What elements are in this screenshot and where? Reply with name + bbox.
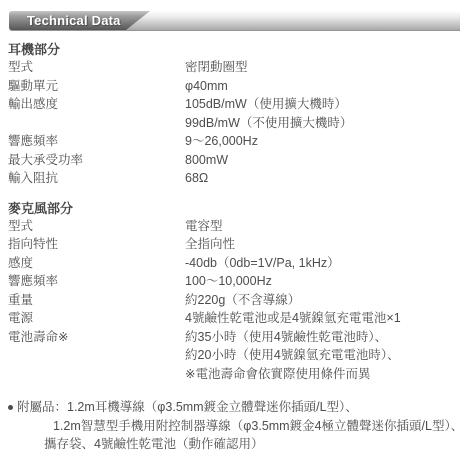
section-heading: 麥克風部分 <box>8 200 460 217</box>
spec-row: 感度 -40db（0db=1V/Pa, 1kHz） <box>8 254 460 273</box>
spec-value: 約220g（不含導線） <box>185 291 460 310</box>
spec-row: 輸入阻抗 68Ω <box>8 169 460 188</box>
spec-label: 最大承受功率 <box>8 151 185 170</box>
spec-value: 約20小時（使用4號鎳氫充電電池時）、 <box>185 346 460 365</box>
spec-label: 輸入阻抗 <box>8 169 185 188</box>
spec-label: 指向特性 <box>8 235 185 254</box>
spec-values: 電容型 <box>185 217 460 236</box>
spec-values: 105dB/mW（使用擴大機時）99dB/mW（不使用擴大機時） <box>185 95 460 132</box>
spec-value: 800mW <box>185 151 460 170</box>
accessories-line: 附屬品：1.2m耳機導線（φ3.5mm鍍金立體聲迷你插頭/L型）、 <box>17 398 460 417</box>
spec-row: 輸出感度 105dB/mW（使用擴大機時）99dB/mW（不使用擴大機時） <box>8 95 460 132</box>
spec-sections-mount: 耳機部分 型式 密閉動圈型 驅動單元 φ40mm 輸出感度 105dB/mW（使… <box>8 41 460 383</box>
page-title: Technical Data <box>27 11 121 30</box>
section-heading: 耳機部分 <box>8 41 460 58</box>
spec-row: 型式 電容型 <box>8 217 460 236</box>
spec-label: 重量 <box>8 291 185 310</box>
section-rows: 重量 約220g（不含導線） 電源 4號鹼性乾電池或是4號鎳氫充電電池×1 電池… <box>8 291 460 384</box>
spec-row: 響應頻率 9～26,000Hz <box>8 132 460 151</box>
spec-value: 105dB/mW（使用擴大機時） <box>185 95 460 114</box>
section-header-bar: Technical Data <box>9 11 460 31</box>
spec-value: 電容型 <box>185 217 460 236</box>
spec-values: 9～26,000Hz <box>185 132 460 151</box>
spec-value: 全指向性 <box>185 235 460 254</box>
spec-label: 電池壽命※ <box>8 328 185 347</box>
spec-values: 全指向性 <box>185 235 460 254</box>
spec-values: 密閉動圈型 <box>185 58 460 77</box>
spec-value: 9～26,000Hz <box>185 132 460 151</box>
spec-values: φ40mm <box>185 77 460 96</box>
spec-values: 約35小時（使用4號鹼性乾電池時）、約20小時（使用4號鎳氫充電電池時）、※電池… <box>185 328 460 384</box>
spec-values: 800mW <box>185 151 460 170</box>
spec-value: 密閉動圈型 <box>185 58 460 77</box>
spec-values: 68Ω <box>185 169 460 188</box>
spec-values: 100～10,000Hz <box>185 272 460 291</box>
spec-value: 68Ω <box>185 169 460 188</box>
technical-data-page: Technical Data 耳機部分 型式 密閉動圈型 驅動單元 φ40mm … <box>0 0 460 475</box>
spec-value: -40db（0db=1V/Pa, 1kHz） <box>185 254 460 273</box>
spec-row: 重量 約220g（不含導線） <box>8 291 460 310</box>
spec-value: 100～10,000Hz <box>185 272 460 291</box>
spec-label: 輸出感度 <box>8 95 185 114</box>
spec-label: 響應頻率 <box>8 132 185 151</box>
accessories-lines-mount: 附屬品：1.2m耳機導線（φ3.5mm鍍金立體聲迷你插頭/L型）、1.2m智慧型… <box>17 398 460 454</box>
spec-section: 麥克風部分 型式 電容型 指向特性 全指向性 感度 -40db（0db=1V/P… <box>8 200 460 291</box>
spec-content: 耳機部分 型式 密閉動圈型 驅動單元 φ40mm 輸出感度 105dB/mW（使… <box>8 31 460 454</box>
spec-value: φ40mm <box>185 77 460 96</box>
spec-values: -40db（0db=1V/Pa, 1kHz） <box>185 254 460 273</box>
spec-label: 感度 <box>8 254 185 273</box>
spec-section: 重量 約220g（不含導線） 電源 4號鹼性乾電池或是4號鎳氫充電電池×1 電池… <box>8 291 460 384</box>
accessories-note: 附屬品：1.2m耳機導線（φ3.5mm鍍金立體聲迷你插頭/L型）、1.2m智慧型… <box>8 398 460 454</box>
spec-row: 電源 4號鹼性乾電池或是4號鎳氫充電電池×1 <box>8 309 460 328</box>
spec-row: 響應頻率 100～10,000Hz <box>8 272 460 291</box>
spec-section: 耳機部分 型式 密閉動圈型 驅動單元 φ40mm 輸出感度 105dB/mW（使… <box>8 41 460 188</box>
spec-value: ※電池壽命會依實際使用條件而異 <box>185 365 460 384</box>
accessories-line: 1.2m智慧型手機用附控制器導線（φ3.5mm鍍金4極立體聲迷你插頭/L型）、 <box>53 417 460 436</box>
spec-label: 響應頻率 <box>8 272 185 291</box>
spec-value: 4號鹼性乾電池或是4號鎳氫充電電池×1 <box>185 309 460 328</box>
section-rows: 型式 電容型 指向特性 全指向性 感度 -40db（0db=1V/Pa, 1kH… <box>8 217 460 291</box>
spec-label: 電源 <box>8 309 185 328</box>
spec-label: 型式 <box>8 58 185 77</box>
spec-row: 型式 密閉動圈型 <box>8 58 460 77</box>
spec-row: 指向特性 全指向性 <box>8 235 460 254</box>
spec-label: 型式 <box>8 217 185 236</box>
bullet-icon <box>8 405 13 410</box>
spec-row: 電池壽命※ 約35小時（使用4號鹼性乾電池時）、約20小時（使用4號鎳氫充電電池… <box>8 328 460 384</box>
spec-value: 99dB/mW（不使用擴大機時） <box>185 114 460 133</box>
spec-label: 驅動單元 <box>8 77 185 96</box>
spec-row: 驅動單元 φ40mm <box>8 77 460 96</box>
section-rows: 型式 密閉動圈型 驅動單元 φ40mm 輸出感度 105dB/mW（使用擴大機時… <box>8 58 460 188</box>
spec-value: 約35小時（使用4號鹼性乾電池時）、 <box>185 328 460 347</box>
spec-values: 約220g（不含導線） <box>185 291 460 310</box>
spec-row: 最大承受功率 800mW <box>8 151 460 170</box>
spec-values: 4號鹼性乾電池或是4號鎳氫充電電池×1 <box>185 309 460 328</box>
accessories-line: 攜存袋、4號鹼性乾電池（動作確認用） <box>44 435 460 454</box>
